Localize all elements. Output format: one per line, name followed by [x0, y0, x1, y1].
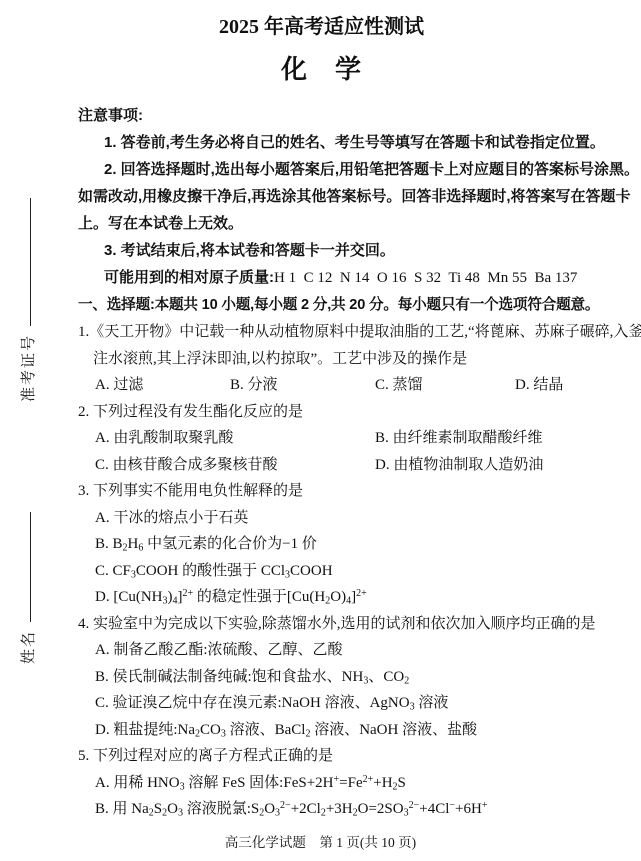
question-2-options-row-2: C. 由核苷酸合成多聚核苷酸 D. 由植物油制取人造奶油 [78, 452, 565, 479]
notice-item-3: 3. 考试结束后,将本试卷和答题卡一并交回。 [78, 237, 565, 264]
option-item: C. CF3COOH 的酸性强于 CCl3COOH [78, 558, 565, 585]
atomic-masses-values: H 1 C 12 N 14 O 16 S 32 Ti 48 Mn 55 Ba 1… [274, 270, 577, 286]
admission-number-line [16, 198, 31, 326]
option-item: B. 分液 [230, 372, 375, 399]
option-item: B. 由纤维素制取醋酸纤维 [375, 425, 565, 452]
option-item: C. 蒸馏 [375, 372, 515, 399]
option-item: D. 由植物油制取人造奶油 [375, 452, 565, 479]
question-4: 4. 实验室中为完成以下实验,除蒸馏水外,选用的试剂和依次加入顺序均正确的是 A… [78, 611, 565, 744]
admission-number-field: 准考证号 [16, 187, 40, 402]
question-5-stem: 5. 下列过程对应的离子方程式正确的是 [78, 743, 565, 770]
question-1-stem-cont: 注水滚煎,其上浮沫即油,以杓掠取”。工艺中涉及的操作是 [78, 346, 565, 373]
option-item: D. [Cu(NH3)4]2+ 的稳定性强于[Cu(H2O)4]2+ [78, 584, 565, 611]
question-1-options-row: A. 过滤 B. 分液 C. 蒸馏 D. 结晶 [78, 372, 565, 399]
option-item: B. B2H6 中氢元素的化合价为−1 价 [78, 531, 565, 558]
option-item: A. 用稀 HNO3 溶解 FeS 固体:FeS+2H+=Fe2++H2S [78, 770, 565, 797]
question-4-stem: 4. 实验室中为完成以下实验,除蒸馏水外,选用的试剂和依次加入顺序均正确的是 [78, 611, 565, 638]
section-1-heading: 一、选择题:本题共 10 小题,每小题 2 分,共 20 分。每小题只有一个选项… [78, 292, 565, 319]
question-2: 2. 下列过程没有发生酯化反应的是 A. 由乳酸制取聚乳酸 B. 由纤维素制取醋… [78, 399, 565, 479]
notice-section: 注意事项: 1. 答卷前,考生务必将自己的姓名、考生号等填写在答题卡和试卷指定位… [78, 103, 565, 292]
exam-content: 2025 年高考适应性测试 化 学 注意事项: 1. 答卷前,考生务必将自己的姓… [78, 0, 565, 823]
option-item: A. 过滤 [95, 372, 230, 399]
admission-number-label: 准考证号 [21, 334, 37, 402]
question-1-stem: 1.《天工开物》中记载一种从动植物原料中提取油脂的工艺,“将蓖麻、苏麻子碾碎,入… [78, 319, 565, 346]
option-item: A. 干冰的熔点小于石英 [78, 505, 565, 532]
option-item: D. 结晶 [515, 372, 565, 399]
name-field: 姓名 [16, 512, 40, 664]
question-3: 3. 下列事实不能用电负性解释的是 A. 干冰的熔点小于石英 B. B2H6 中… [78, 478, 565, 611]
page-footer: 高三化学试题 第 1 页(共 10 页) [0, 831, 641, 851]
question-1: 1.《天工开物》中记载一种从动植物原料中提取油脂的工艺,“将蓖麻、苏麻子碾碎,入… [78, 319, 565, 399]
notice-item-2-line-2: 如需改动,用橡皮擦干净后,再选涂其他答案标号。回答非选择题时,将答案写在答题卡 [78, 183, 565, 210]
notice-item-2-line-3: 上。写在本试卷上无效。 [78, 210, 565, 237]
option-item: C. 验证溴乙烷中存在溴元素:NaOH 溶液、AgNO3 溶液 [78, 690, 565, 717]
subject-title: 化 学 [78, 55, 565, 85]
option-item: C. 由核苷酸合成多聚核苷酸 [95, 452, 375, 479]
option-item: B. 用 Na2S2O3 溶液脱氯:S2O32−+2Cl2+3H2O=2SO32… [78, 796, 565, 823]
notice-item-1: 1. 答卷前,考生务必将自己的姓名、考生号等填写在答题卡和试卷指定位置。 [78, 129, 565, 156]
atomic-masses-label: 可能用到的相对原子质量: [104, 269, 274, 286]
option-item: A. 制备乙酸乙酯:浓硫酸、乙醇、乙酸 [78, 637, 565, 664]
question-2-options-row-1: A. 由乳酸制取聚乳酸 B. 由纤维素制取醋酸纤维 [78, 425, 565, 452]
option-item: D. 粗盐提纯:Na2CO3 溶液、BaCl2 溶液、NaOH 溶液、盐酸 [78, 717, 565, 744]
option-item: A. 由乳酸制取聚乳酸 [95, 425, 375, 452]
exam-page: 准考证号 姓名 2025 年高考适应性测试 化 学 注意事项: 1. 答卷前,考… [0, 0, 641, 861]
name-line [16, 512, 31, 622]
question-5: 5. 下列过程对应的离子方程式正确的是 A. 用稀 HNO3 溶解 FeS 固体… [78, 743, 565, 823]
question-3-stem: 3. 下列事实不能用电负性解释的是 [78, 478, 565, 505]
notice-heading: 注意事项: [78, 103, 565, 129]
notice-item-2-line-1: 2. 回答选择题时,选出每小题答案后,用铅笔把答题卡上对应题目的答案标号涂黑。 [78, 156, 565, 183]
name-label: 姓名 [21, 630, 37, 664]
exam-title: 2025 年高考适应性测试 [78, 15, 565, 39]
question-2-stem: 2. 下列过程没有发生酯化反应的是 [78, 399, 565, 426]
atomic-masses-line: 可能用到的相对原子质量:H 1 C 12 N 14 O 16 S 32 Ti 4… [78, 264, 565, 292]
option-item: B. 侯氏制碱法制备纯碱:饱和食盐水、NH3、CO2 [78, 664, 565, 691]
